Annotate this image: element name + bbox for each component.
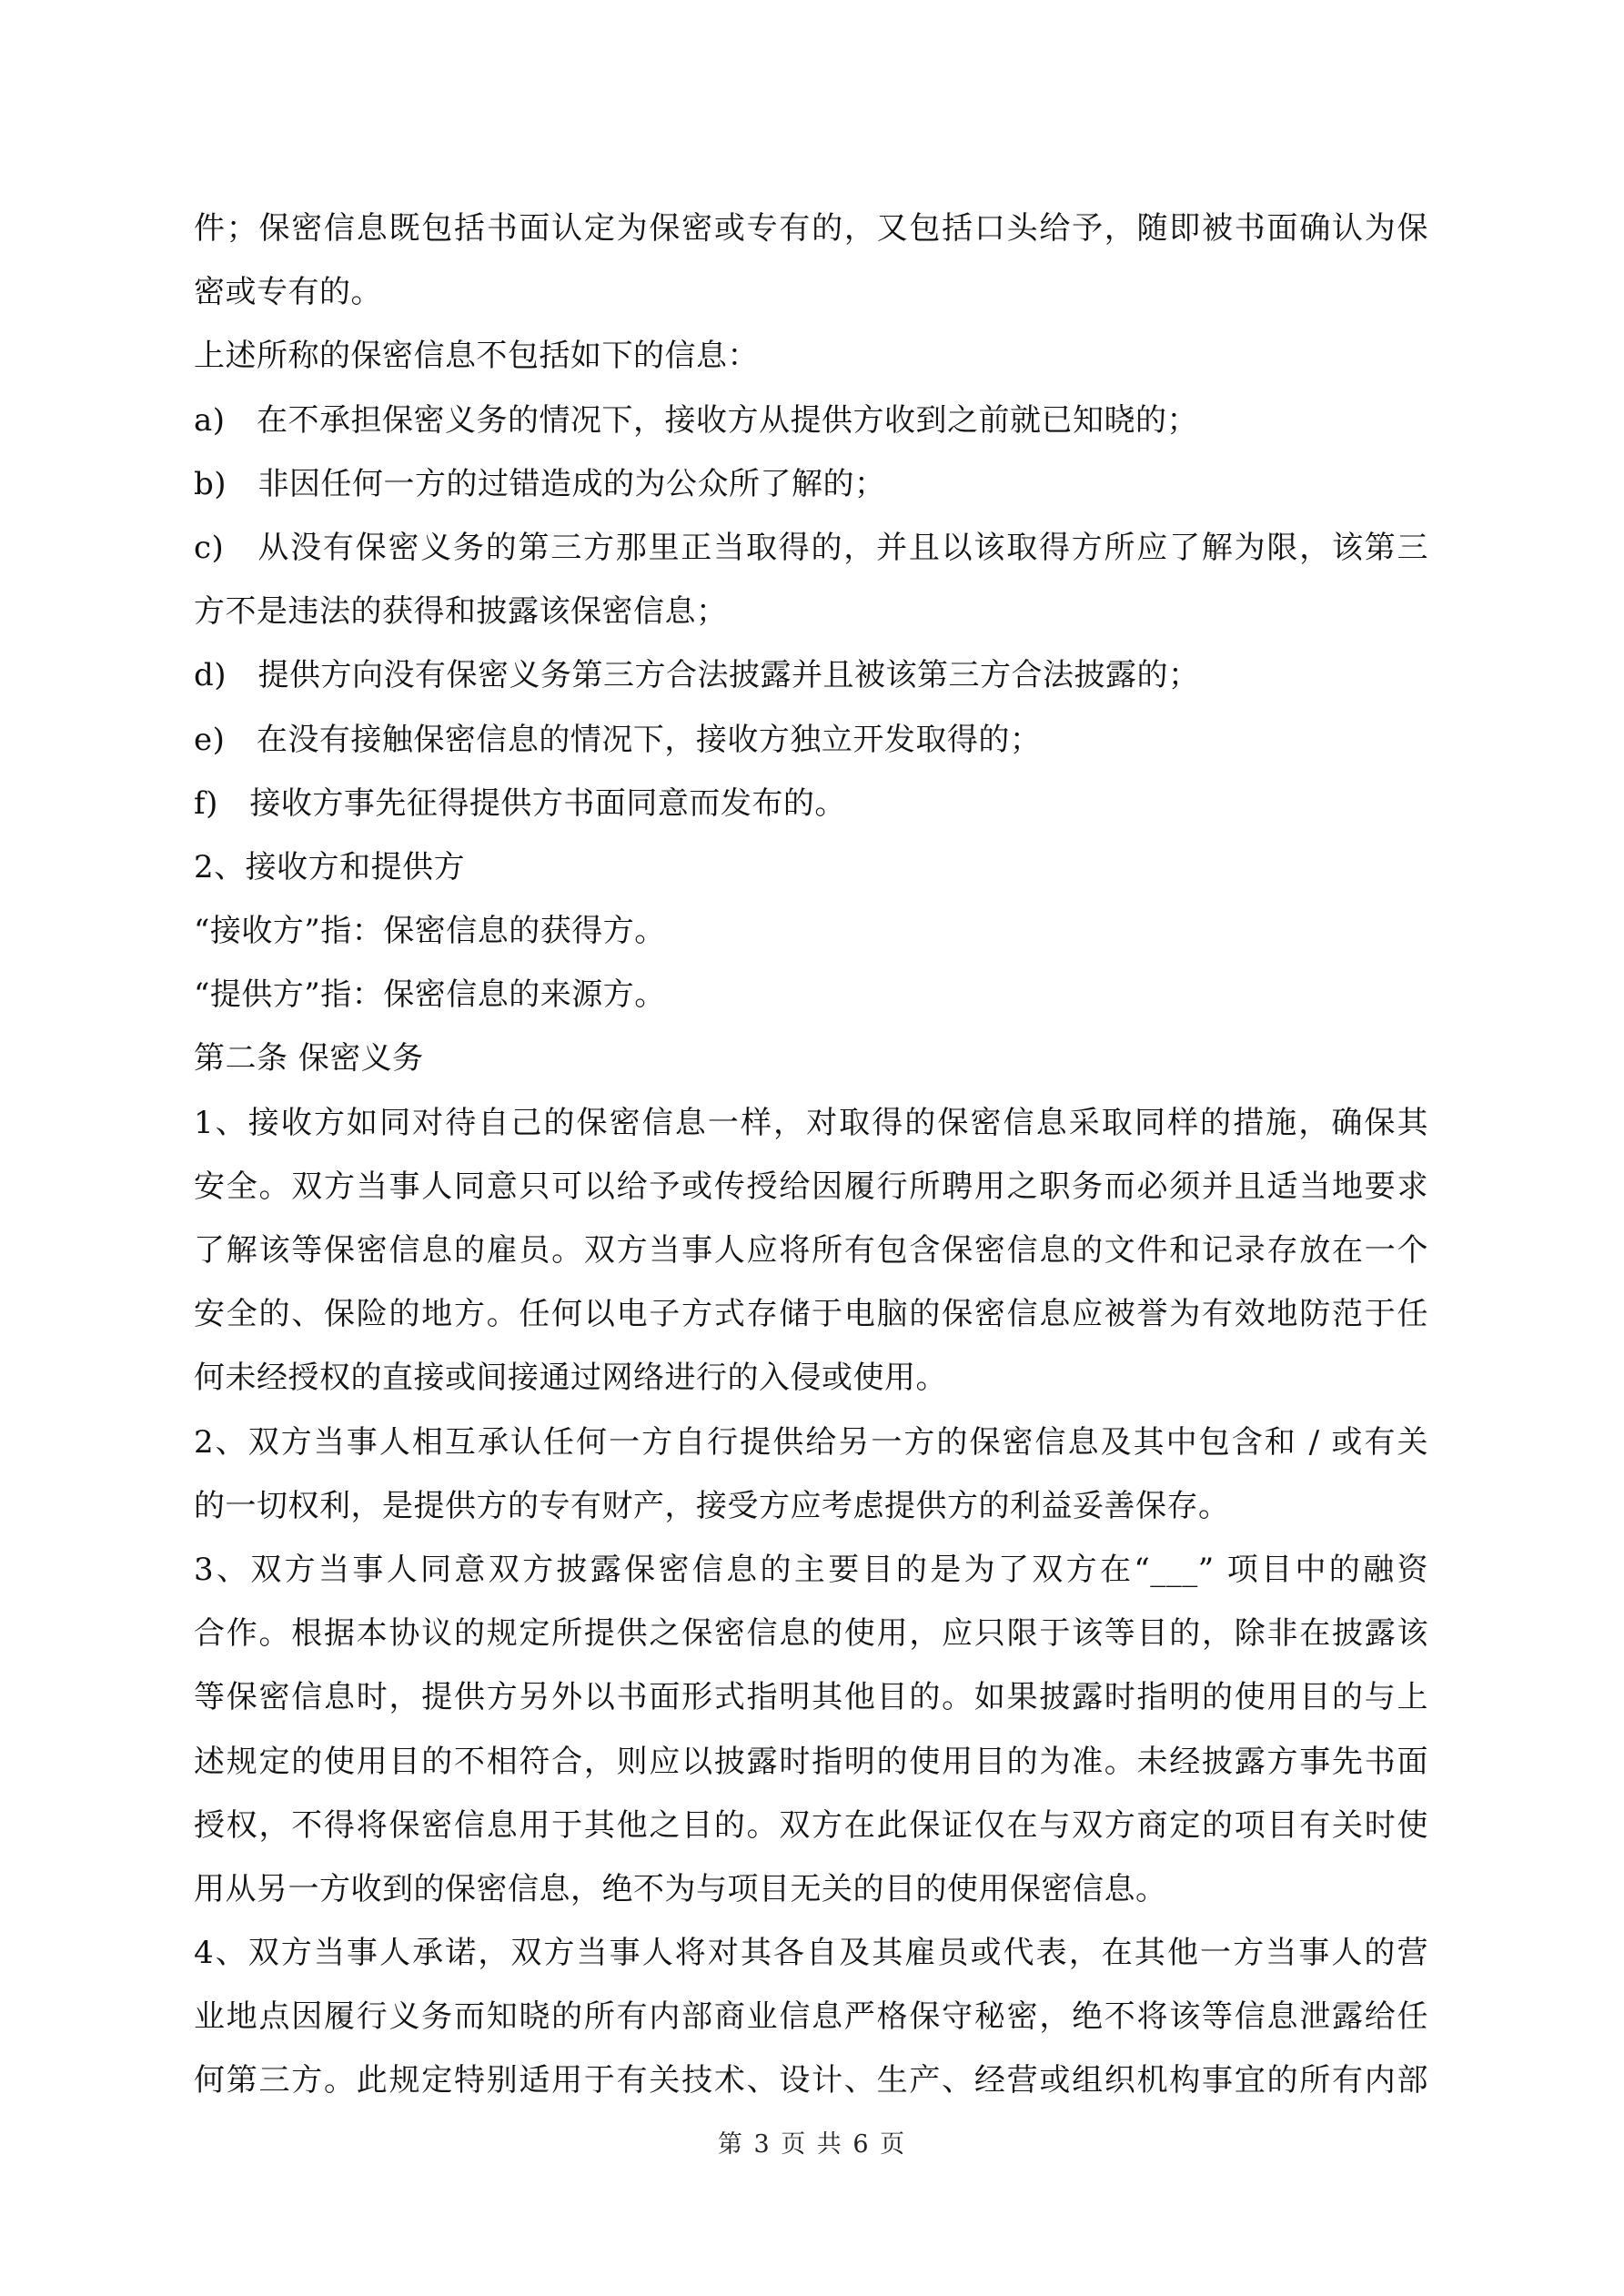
text-line-13: “提供方”指：保密信息的来源方。 bbox=[194, 963, 1428, 1027]
text-line-23: 合作。根据本协议的规定所提供之保密信息的使用，应只限于该等目的，除非在披露该 bbox=[194, 1602, 1428, 1665]
text-line-2: 密或专有的。 bbox=[194, 260, 1428, 324]
text-line-5: b) 非因任何一方的过错造成的为公众所了解的； bbox=[194, 452, 1428, 516]
text-line-21: 的一切权利，是提供方的专有财产，接受方应考虑提供方的利益妥善保存。 bbox=[194, 1474, 1428, 1538]
text-line-8: d) 提供方向没有保密义务第三方合法披露并且被该第三方合法披露的； bbox=[194, 643, 1428, 707]
text-line-18: 安全的、保险的地方。任何以电子方式存储于电脑的保密信息应被誉为有效地防范于任 bbox=[194, 1282, 1428, 1346]
text-line-10: f) 接收方事先征得提供方书面同意而发布的。 bbox=[194, 772, 1428, 835]
text-line-4: a) 在不承担保密义务的情况下，接收方从提供方收到之前就已知晓的； bbox=[194, 389, 1428, 452]
text-line-14: 第二条 保密义务 bbox=[194, 1027, 1428, 1090]
text-line-28: 4、双方当事人承诺，双方当事人将对其各自及其雇员或代表，在其他一方当事人的营 bbox=[194, 1921, 1428, 1985]
text-line-1: 件；保密信息既包括书面认定为保密或专有的，又包括口头给予，随即被书面确认为保 bbox=[194, 197, 1428, 260]
document-page: 件；保密信息既包括书面认定为保密或专有的，又包括口头给予，随即被书面确认为保密或… bbox=[0, 0, 1624, 2296]
text-line-6: c) 从没有保密义务的第三方那里正当取得的，并且以该取得方所应了解为限，该第三 bbox=[194, 516, 1428, 580]
text-line-19: 何未经授权的直接或间接通过网络进行的入侵或使用。 bbox=[194, 1346, 1428, 1410]
text-line-15: 1、接收方如同对待自己的保密信息一样，对取得的保密信息采取同样的措施，确保其 bbox=[194, 1091, 1428, 1155]
text-line-17: 了解该等保密信息的雇员。双方当事人应将所有包含保密信息的文件和记录存放在一个 bbox=[194, 1219, 1428, 1282]
text-line-9: e) 在没有接触保密信息的情况下，接收方独立开发取得的； bbox=[194, 708, 1428, 772]
text-line-25: 述规定的使用目的不相符合，则应以披露时指明的使用目的为准。未经披露方事先书面 bbox=[194, 1730, 1428, 1794]
text-line-11: 2、接收方和提供方 bbox=[194, 835, 1428, 899]
text-line-12: “接收方”指：保密信息的获得方。 bbox=[194, 899, 1428, 963]
text-line-26: 授权，不得将保密信息用于其他之目的。双方在此保证仅在与双方商定的项目有关时使 bbox=[194, 1794, 1428, 1857]
text-line-22: 3、双方当事人同意双方披露保密信息的主要目的是为了双方在“___” 项目中的融资 bbox=[194, 1538, 1428, 1602]
text-line-16: 安全。双方当事人同意只可以给予或传授给因履行所聘用之职务而必须并且适当地要求 bbox=[194, 1155, 1428, 1219]
text-line-27: 用从另一方收到的保密信息，绝不为与项目无关的目的使用保密信息。 bbox=[194, 1857, 1428, 1921]
contract-body-text: 件；保密信息既包括书面认定为保密或专有的，又包括口头给予，随即被书面确认为保密或… bbox=[194, 197, 1428, 2113]
text-line-7: 方不是违法的获得和披露该保密信息； bbox=[194, 580, 1428, 643]
text-line-3: 上述所称的保密信息不包括如下的信息： bbox=[194, 324, 1428, 388]
text-line-29: 业地点因履行义务而知晓的所有内部商业信息严格保守秘密，绝不将该等信息泄露给任 bbox=[194, 1985, 1428, 2048]
text-line-30: 何第三方。此规定特别适用于有关技术、设计、生产、经营或组织机构事宜的所有内部 bbox=[194, 2048, 1428, 2112]
text-line-24: 等保密信息时，提供方另外以书面形式指明其他目的。如果披露时指明的使用目的与上 bbox=[194, 1665, 1428, 1729]
text-line-20: 2、双方当事人相互承认任何一方自行提供给另一方的保密信息及其中包含和 / 或有关 bbox=[194, 1411, 1428, 1474]
page-number-footer: 第 3 页 共 6 页 bbox=[0, 2113, 1624, 2177]
